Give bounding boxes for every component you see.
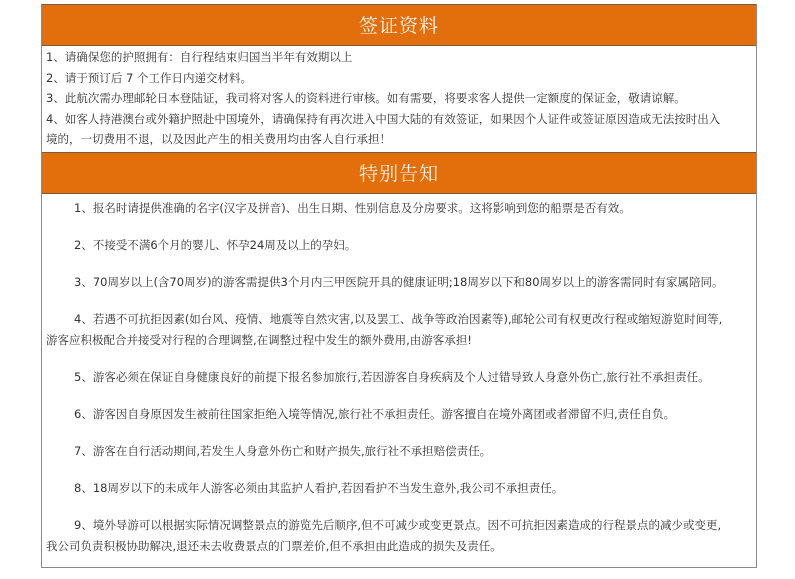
- notice-item-6: 6、游客因自身原因发生被前往国家拒绝入境等情况,旅行社不承担责任。游客擅自在境外…: [46, 404, 756, 425]
- notice-list: 1、报名时请提供准确的名字(汉字及拼音)、出生日期、性别信息及分房要求。这将影响…: [42, 194, 756, 557]
- notice-item-text: 7、游客在自行活动期间,若发生人身意外伤亡和财产损失,旅行社不承担赔偿责任。: [46, 441, 756, 462]
- notice-item-1: 1、报名时请提供准确的名字(汉字及拼音)、出生日期、性别信息及分房要求。这将影响…: [46, 198, 756, 219]
- notice-item-5: 5、游客必须在保证自身健康良好的前提下报名参加旅行,若因游客自身疾病及个人过错导…: [46, 367, 756, 388]
- notice-item-7: 7、游客在自行活动期间,若发生人身意外伤亡和财产损失,旅行社不承担赔偿责任。: [46, 441, 756, 462]
- notice-item-9: 9、境外导游可以根据实际情况调整景点的游览先后顺序,但不可减少或变更景点。因不可…: [46, 515, 756, 557]
- visa-item-4-continuation: 境的，一切费用不退，以及因此产生的相关费用均由客人自行承担！: [46, 129, 756, 150]
- notice-item-text: 8、18周岁以下的未成年人游客必须由其监护人看护,若因看护不当发生意外,我公司不…: [46, 478, 756, 499]
- visa-section-header: 签证资料: [42, 4, 756, 46]
- notice-item-text: 4、若遇不可抗拒因素(如台风、疫情、地震等自然灾害,以及罢工、战争等政治因素等)…: [46, 309, 756, 330]
- notice-item-3: 3、70周岁以上(含70周岁)的游客需提供3个月内三甲医院开具的健康证明;18周…: [46, 272, 756, 293]
- notice-item-2: 2、不接受不满6个月的婴儿、怀孕24周及以上的孕妇。: [46, 235, 756, 256]
- visa-info-list: 1、请确保您的护照拥有：自行程结束归国当半年有效期以上 2、请于预订后 7 个工…: [42, 46, 756, 152]
- notice-item-4: 4、若遇不可抗拒因素(如台风、疫情、地震等自然灾害,以及罢工、战争等政治因素等)…: [46, 309, 756, 351]
- visa-item-1: 1、请确保您的护照拥有：自行程结束归国当半年有效期以上: [46, 47, 756, 68]
- notice-item-continuation: 我公司负责积极协助解决,退还未去收费景点的门票差价,但不承担由此造成的损失及责任…: [46, 536, 756, 557]
- visa-item-2: 2、请于预订后 7 个工作日内递交材料。: [46, 68, 756, 89]
- notice-item-text: 5、游客必须在保证自身健康良好的前提下报名参加旅行,若因游客自身疾病及个人过错导…: [46, 367, 756, 388]
- visa-item-4: 4、如客人持港澳台或外籍护照赴中国境外，请确保持有再次进入中国大陆的有效签证，如…: [46, 109, 756, 130]
- notice-item-8: 8、18周岁以下的未成年人游客必须由其监护人看护,若因看护不当发生意外,我公司不…: [46, 478, 756, 499]
- notice-item-text: 3、70周岁以上(含70周岁)的游客需提供3个月内三甲医院开具的健康证明;18周…: [46, 272, 756, 293]
- notice-item-continuation: 游客应积极配合并接受对行程的合理调整,在调整过程中发生的额外费用,由游客承担!: [46, 330, 756, 351]
- notice-item-text: 2、不接受不满6个月的婴儿、怀孕24周及以上的孕妇。: [46, 235, 756, 256]
- document-container: 签证资料 1、请确保您的护照拥有：自行程结束归国当半年有效期以上 2、请于预订后…: [41, 4, 757, 568]
- notice-item-text: 1、报名时请提供准确的名字(汉字及拼音)、出生日期、性别信息及分房要求。这将影响…: [46, 198, 756, 219]
- notice-item-text: 6、游客因自身原因发生被前往国家拒绝入境等情况,旅行社不承担责任。游客擅自在境外…: [46, 404, 756, 425]
- visa-item-3: 3、此航次需办理邮轮日本登陆证，我司将对客人的资料进行审核。如有需要，将要求客人…: [46, 88, 756, 109]
- notice-section-header: 特别告知: [42, 152, 756, 194]
- notice-item-text: 9、境外导游可以根据实际情况调整景点的游览先后顺序,但不可减少或变更景点。因不可…: [46, 515, 756, 536]
